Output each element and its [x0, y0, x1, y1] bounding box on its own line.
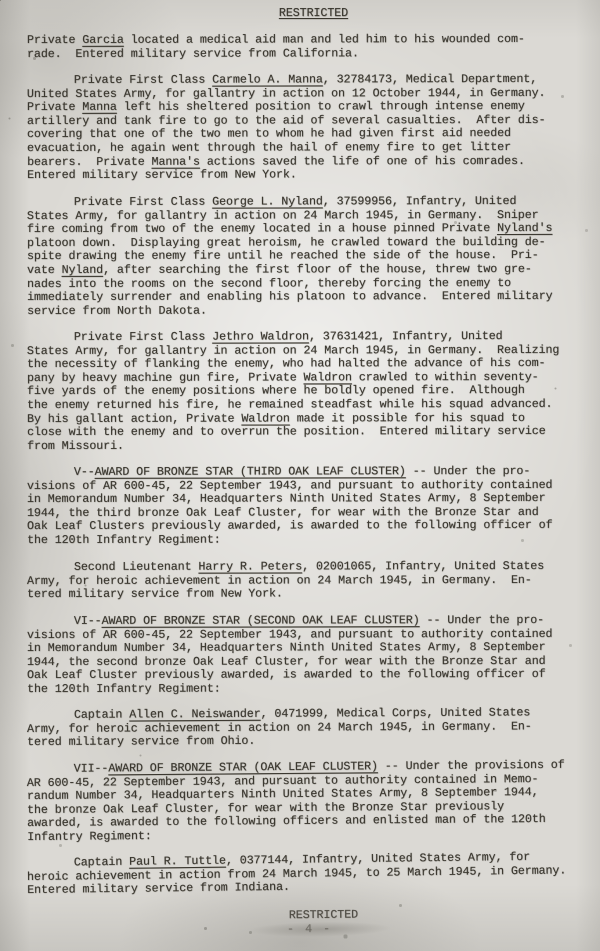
classification-header-text: RESTRICTED	[279, 6, 348, 20]
document-body: Private Garcia located a medical aid man…	[27, 34, 584, 899]
citation-nyland: Private First Class George L. Nyland, 37…	[27, 194, 584, 318]
section-v-award-third-oak-leaf-cluster: V--AWARD OF BRONZE STAR (THIRD OAK LEAF …	[27, 465, 584, 548]
citation-garcia-continuation: Private Garcia located a medical aid man…	[27, 32, 584, 60]
citation-waldron: Private First Class Jethro Waldron, 3763…	[27, 330, 584, 454]
citation-peters: Second Lieutenant Harry R. Peters, 02001…	[27, 560, 584, 602]
document-sheet: RESTRICTED Private Garcia located a medi…	[0, 0, 600, 936]
citation-tuttle: Captain Paul R. Tuttle, 0377144, Infantr…	[27, 851, 584, 899]
citation-neiswander: Captain Allen C. Neiswander, 0471999, Me…	[27, 706, 584, 750]
document-footer: RESTRICTED - 4 -	[45, 907, 600, 939]
classification-header: RESTRICTED	[35, 7, 592, 21]
section-vii-award-oak-leaf-cluster: VII--AWARD OF BRONZE STAR (OAK LEAF CLUS…	[27, 759, 585, 845]
section-vi-award-second-oak-leaf-cluster: VI--AWARD OF BRONZE STAR (SECOND OAK LEA…	[27, 613, 584, 696]
citation-manna: Private First Class Carmelo A. Manna, 32…	[27, 73, 584, 183]
scanned-document-page: { "header": { "classification": "RESTRIC…	[0, 0, 600, 951]
